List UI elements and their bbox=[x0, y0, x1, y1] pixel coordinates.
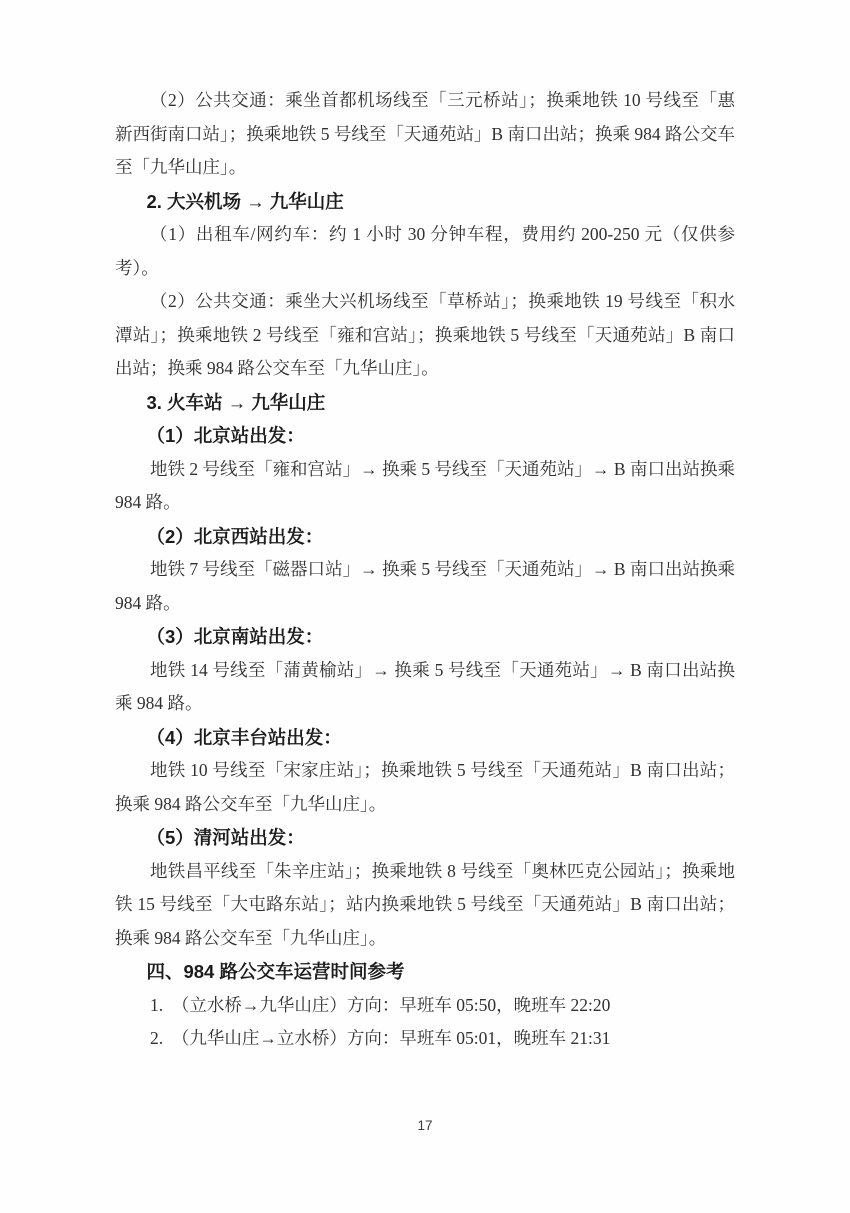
subheading-beijing-fengtai-station: （4）北京丰台站出发： bbox=[115, 721, 735, 755]
heading-bus-984-schedule: 四、984 路公交车运营时间参考 bbox=[115, 955, 735, 989]
document-page: （2）公共交通：乘坐首都机场线至「三元桥站」；换乘地铁 10 号线至「惠新西街南… bbox=[0, 0, 850, 1213]
list-item-bus-984-direction-1: 1. （立水桥→九华山庄）方向：早班车 05:50，晚班车 22:20 bbox=[115, 989, 735, 1023]
paragraph-beijing-south-route: 地铁 14 号线至「蒲黄榆站」→ 换乘 5 号线至「天通苑站」→ B 南口出站换… bbox=[115, 654, 735, 721]
document-body: （2）公共交通：乘坐首都机场线至「三元桥站」；换乘地铁 10 号线至「惠新西街南… bbox=[115, 84, 735, 1056]
subheading-beijing-south-station: （3）北京南站出发： bbox=[115, 620, 735, 654]
heading-train-station-to-jiuhua: 3. 火车站 → 九华山庄 bbox=[115, 386, 735, 420]
subheading-beijing-west-station: （2）北京西站出发： bbox=[115, 520, 735, 554]
paragraph-daxing-taxi: （1）出租车/网约车：约 1 小时 30 分钟车程，费用约 200-250 元（… bbox=[115, 218, 735, 285]
list-item-bus-984-direction-2: 2. （九华山庄→立水桥）方向：早班车 05:01，晚班车 21:31 bbox=[115, 1022, 735, 1056]
paragraph-qinghe-route: 地铁昌平线至「朱辛庄站」；换乘地铁 8 号线至「奥林匹克公园站」；换乘地铁 15… bbox=[115, 855, 735, 956]
paragraph-daxing-public-transit: （2）公共交通：乘坐大兴机场线至「草桥站」；换乘地铁 19 号线至「积水潭站」；… bbox=[115, 285, 735, 386]
page-number: 17 bbox=[0, 1118, 850, 1133]
paragraph-beijing-station-route: 地铁 2 号线至「雍和宫站」→ 换乘 5 号线至「天通苑站」→ B 南口出站换乘… bbox=[115, 453, 735, 520]
heading-daxing-airport-to-jiuhua: 2. 大兴机场 → 九华山庄 bbox=[115, 185, 735, 219]
subheading-qinghe-station: （5）清河站出发： bbox=[115, 821, 735, 855]
paragraph-capital-airport-public-transit: （2）公共交通：乘坐首都机场线至「三元桥站」；换乘地铁 10 号线至「惠新西街南… bbox=[115, 84, 735, 185]
subheading-beijing-station: （1）北京站出发： bbox=[115, 419, 735, 453]
paragraph-fengtai-route: 地铁 10 号线至「宋家庄站」；换乘地铁 5 号线至「天通苑站」B 南口出站；换… bbox=[115, 754, 735, 821]
paragraph-beijing-west-route: 地铁 7 号线至「磁器口站」→ 换乘 5 号线至「天通苑站」→ B 南口出站换乘… bbox=[115, 553, 735, 620]
